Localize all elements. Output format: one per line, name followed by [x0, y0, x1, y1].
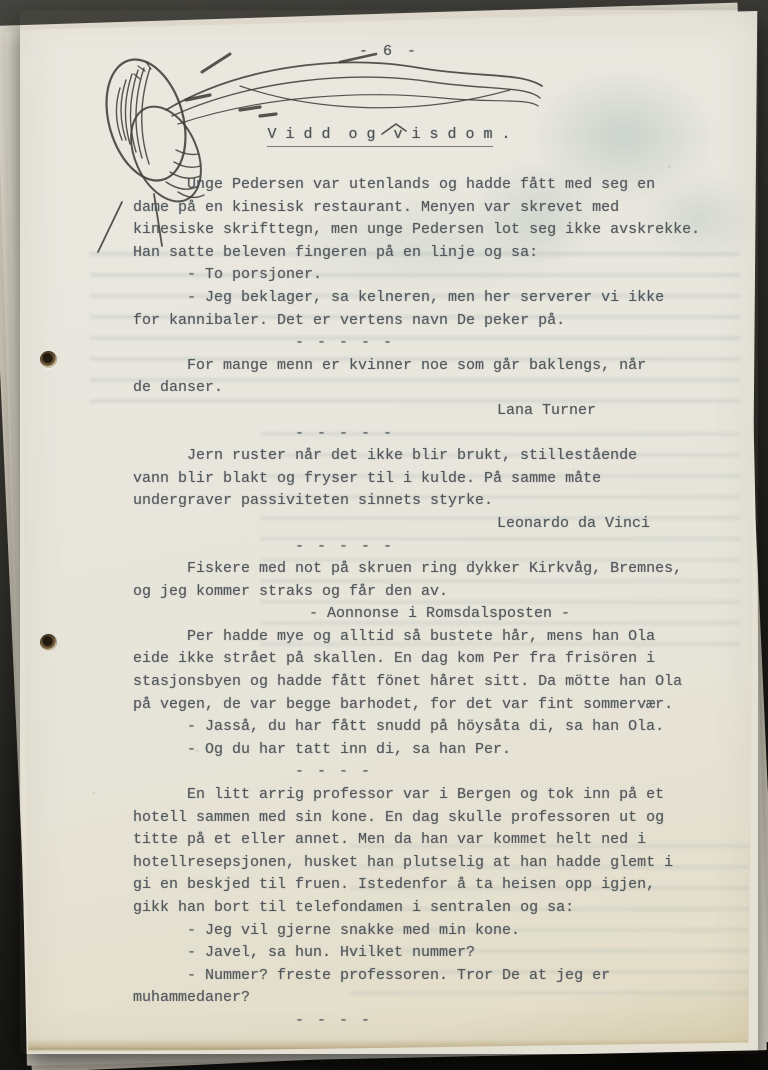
- text-line: - Jasså, du har fått snudd på höysåta di…: [133, 716, 733, 739]
- text-line: En litt arrig professor var i Bergen og …: [133, 784, 733, 807]
- text-line: - Jeg beklager, sa kelneren, men her ser…: [133, 287, 733, 310]
- text-line: Jern ruster når det ikke blir brukt, sti…: [133, 445, 733, 468]
- text-line: Lana Turner: [133, 400, 733, 423]
- text-line: og jeg kommer straks og får den av.: [133, 581, 733, 604]
- paper-sheet: - 6 - V i d d o g v i s d o m . Unge Ped…: [20, 10, 758, 1054]
- text-line: - To porsjoner.: [133, 264, 733, 287]
- page-title: V i d d o g v i s d o m .: [20, 126, 758, 143]
- punched-hole-icon: [40, 634, 57, 651]
- text-line: Han satte beleven fingeren på en linje o…: [133, 242, 733, 265]
- text-line: kinesiske skrifttegn, men unge Pedersen …: [133, 219, 733, 242]
- text-line: undergraver passiviteten sinnets styrke.: [133, 490, 733, 513]
- text-line: dame på en kinesisk restaurant. Menyen v…: [133, 197, 733, 220]
- text-line: - - - - -: [133, 423, 733, 446]
- body-text: Unge Pedersen var utenlands og hadde fåt…: [133, 174, 733, 1033]
- text-line: hotellresepsjonen, husket han plutselig …: [133, 852, 733, 875]
- text-line: hotell sammen med sin kone. En dag skull…: [133, 807, 733, 830]
- punched-hole-icon: [40, 351, 57, 368]
- page-number: - 6 -: [20, 43, 758, 60]
- text-line: Fiskere med not på skruen ring dykker Ki…: [133, 558, 733, 581]
- text-line: gikk han bort til telefondamen i sentral…: [133, 897, 733, 920]
- text-line: Unge Pedersen var utenlands og hadde fåt…: [133, 174, 733, 197]
- text-line: Leonardo da Vinci: [133, 513, 733, 536]
- text-line: - - - -: [133, 761, 733, 784]
- text-line: de danser.: [133, 377, 733, 400]
- text-line: Per hadde mye og alltid så bustete hår, …: [133, 626, 733, 649]
- scanned-document-photo: - 6 - V i d d o g v i s d o m . Unge Ped…: [0, 0, 768, 1070]
- paper-bottom-edge: [26, 1039, 750, 1050]
- text-line: - - - -: [133, 1010, 733, 1033]
- text-line: - - - - -: [133, 536, 733, 559]
- text-line: - Javel, sa hun. Hvilket nummer?: [133, 942, 733, 965]
- text-line: muhammedaner?: [133, 987, 733, 1010]
- text-line: For mange menn er kvinner noe som går ba…: [133, 355, 733, 378]
- document-page: - 6 - V i d d o g v i s d o m . Unge Ped…: [20, 10, 758, 1054]
- text-line: titte på et eller annet. Men da han var …: [133, 829, 733, 852]
- text-line: - Jeg vil gjerne snakke med min kone.: [133, 920, 733, 943]
- page-title-text: V i d d o g v i s d o m: [267, 126, 492, 147]
- text-line: vann blir blakt og fryser til i kulde. P…: [133, 468, 733, 491]
- text-line: - Nummer? freste professoren. Tror De at…: [133, 965, 733, 988]
- text-line: - Og du har tatt inn di, sa han Per.: [133, 739, 733, 762]
- text-line: - Aonnonse i Romsdalsposten -: [133, 603, 733, 626]
- text-line: gi en beskjed til fruen. Istedenfor å ta…: [133, 874, 733, 897]
- text-line: stasjonsbyen og hadde fått fönet håret s…: [133, 671, 733, 694]
- page-title-period: .: [493, 126, 511, 143]
- text-line: eide ikke strået på skallen. En dag kom …: [133, 648, 733, 671]
- text-line: - - - - -: [133, 332, 733, 355]
- text-line: for kannibaler. Det er vertens navn De p…: [133, 310, 733, 333]
- text-line: på vegen, de var begge barhodet, for det…: [133, 694, 733, 717]
